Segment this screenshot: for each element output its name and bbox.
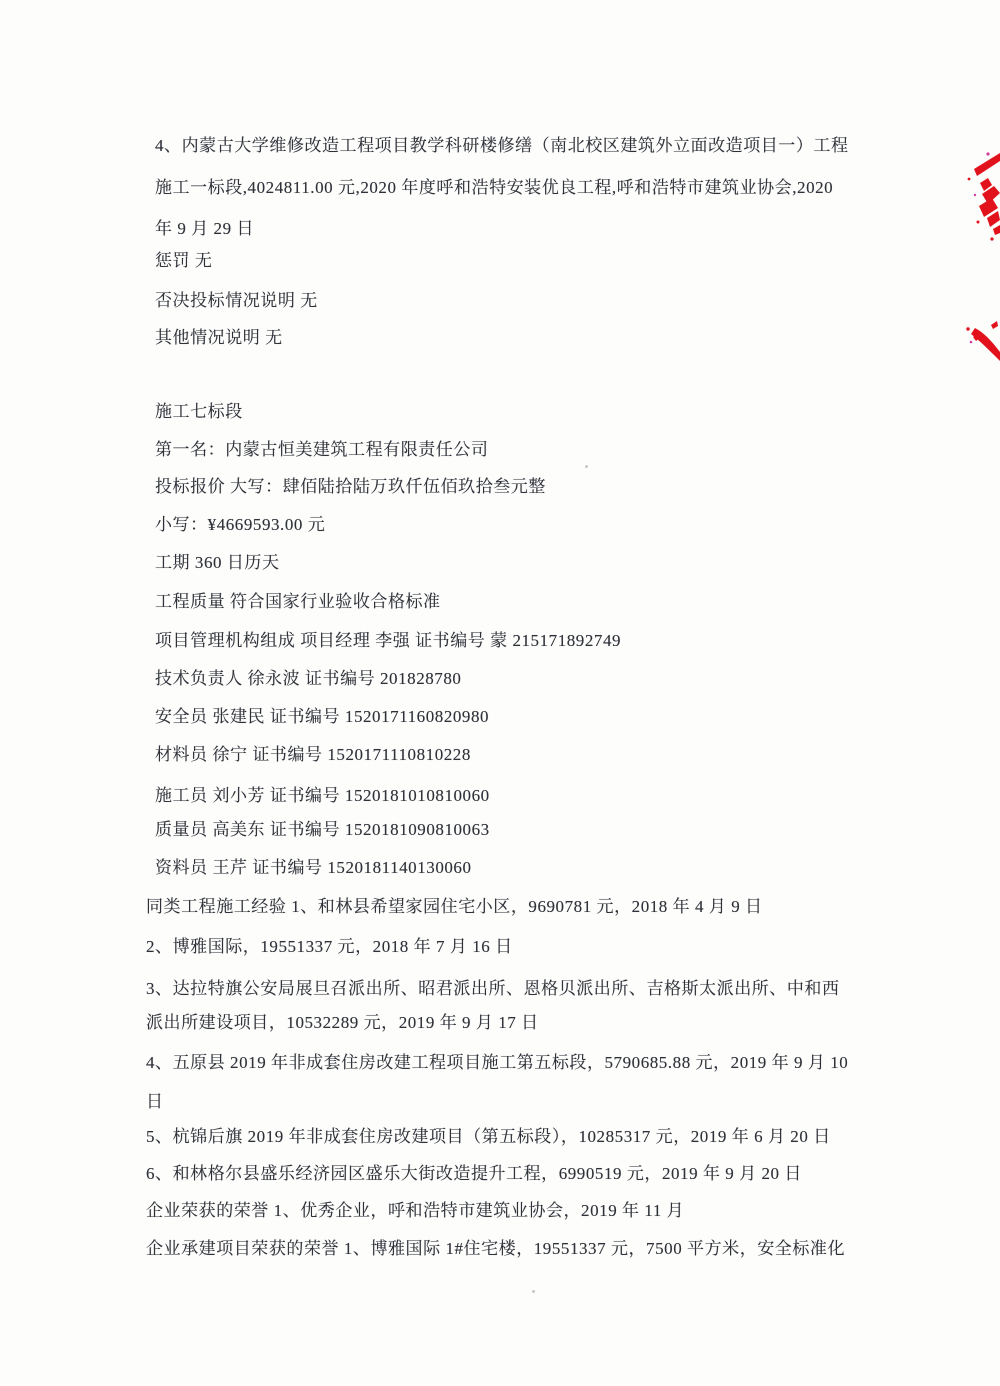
doc-line-experience-5: 5、杭锦后旗 2019 年非成套住房改建项目（第五标段），10285317 元，… bbox=[146, 1127, 831, 1147]
doc-line-experience-3b: 派出所建设项目，10532289 元，2019 年 9 月 17 日 bbox=[146, 1013, 539, 1033]
doc-line-experience-6: 6、和林格尔县盛乐经济园区盛乐大街改造提升工程，6990519 元，2019 年… bbox=[146, 1164, 802, 1184]
doc-line-project-honors: 企业承建项目荣获的荣誉 1、博雅国际 1#住宅楼，19551337 元，7500… bbox=[146, 1239, 845, 1259]
scan-speck bbox=[585, 465, 588, 468]
doc-line-award4-2: 施工一标段,4024811.00 元,2020 年度呼和浩特安装优良工程,呼和浩… bbox=[155, 178, 833, 198]
doc-line-bid-price-capital: 投标报价 大写：肆佰陆拾陆万玖仟伍佰玖拾叁元整 bbox=[155, 477, 546, 497]
doc-line-experience-3a: 3、达拉特旗公安局展旦召派出所、昭君派出所、恩格贝派出所、吉格斯太派出所、中和西 bbox=[146, 979, 840, 999]
doc-line-duration: 工期 360 日历天 bbox=[155, 553, 280, 573]
doc-line-technical-lead: 技术负责人 徐永波 证书编号 201828780 bbox=[155, 669, 461, 689]
doc-line-first-place: 第一名：内蒙古恒美建筑工程有限责任公司 bbox=[155, 440, 488, 460]
doc-line-penalty: 惩罚 无 bbox=[155, 251, 212, 271]
doc-line-company-honors: 企业荣获的荣誉 1、优秀企业，呼和浩特市建筑业协会，2019 年 11 月 bbox=[146, 1201, 684, 1221]
doc-line-construction-officer: 施工员 刘小芳 证书编号 1520181010810060 bbox=[155, 786, 490, 806]
red-seal-fragment-top-icon bbox=[957, 147, 1000, 243]
doc-line-bid-price-numeric: 小写：¥4669593.00 元 bbox=[155, 515, 325, 535]
doc-line-quality: 工程质量 符合国家行业验收合格标准 bbox=[155, 592, 441, 612]
doc-line-award4-3: 年 9 月 29 日 bbox=[155, 219, 254, 239]
doc-line-bid-rejection: 否决投标情况说明 无 bbox=[155, 291, 318, 311]
doc-line-management-team: 项目管理机构组成 项目经理 李强 证书编号 蒙 215171892749 bbox=[155, 631, 621, 651]
scanned-document-page: 4、内蒙古大学维修改造工程项目教学科研楼修缮（南北校区建筑外立面改造项目一）工程… bbox=[0, 0, 1000, 1386]
section-seven-heading: 施工七标段 bbox=[155, 402, 243, 422]
doc-line-experience-1: 同类工程施工经验 1、和林县希望家园住宅小区，9690781 元，2018 年 … bbox=[146, 897, 763, 917]
doc-line-safety-officer: 安全员 张建民 证书编号 1520171160820980 bbox=[155, 707, 489, 727]
red-seal-fragment-bottom-icon bbox=[961, 317, 1000, 361]
doc-line-quality-officer: 质量员 高美东 证书编号 1520181090810063 bbox=[155, 820, 490, 840]
doc-line-other-note: 其他情况说明 无 bbox=[155, 328, 283, 348]
doc-line-experience-4a: 4、五原县 2019 年非成套住房改建工程项目施工第五标段，5790685.88… bbox=[146, 1053, 848, 1073]
doc-line-experience-2: 2、博雅国际，19551337 元，2018 年 7 月 16 日 bbox=[146, 937, 513, 957]
doc-line-award4-1: 4、内蒙古大学维修改造工程项目教学科研楼修缮（南北校区建筑外立面改造项目一）工程 bbox=[155, 136, 849, 156]
doc-line-materials-officer: 材料员 徐宁 证书编号 1520171110810228 bbox=[155, 745, 471, 765]
doc-line-documentation-officer: 资料员 王芹 证书编号 1520181140130060 bbox=[155, 858, 472, 878]
doc-line-experience-4b: 日 bbox=[146, 1092, 164, 1112]
scan-speck bbox=[532, 1290, 535, 1293]
